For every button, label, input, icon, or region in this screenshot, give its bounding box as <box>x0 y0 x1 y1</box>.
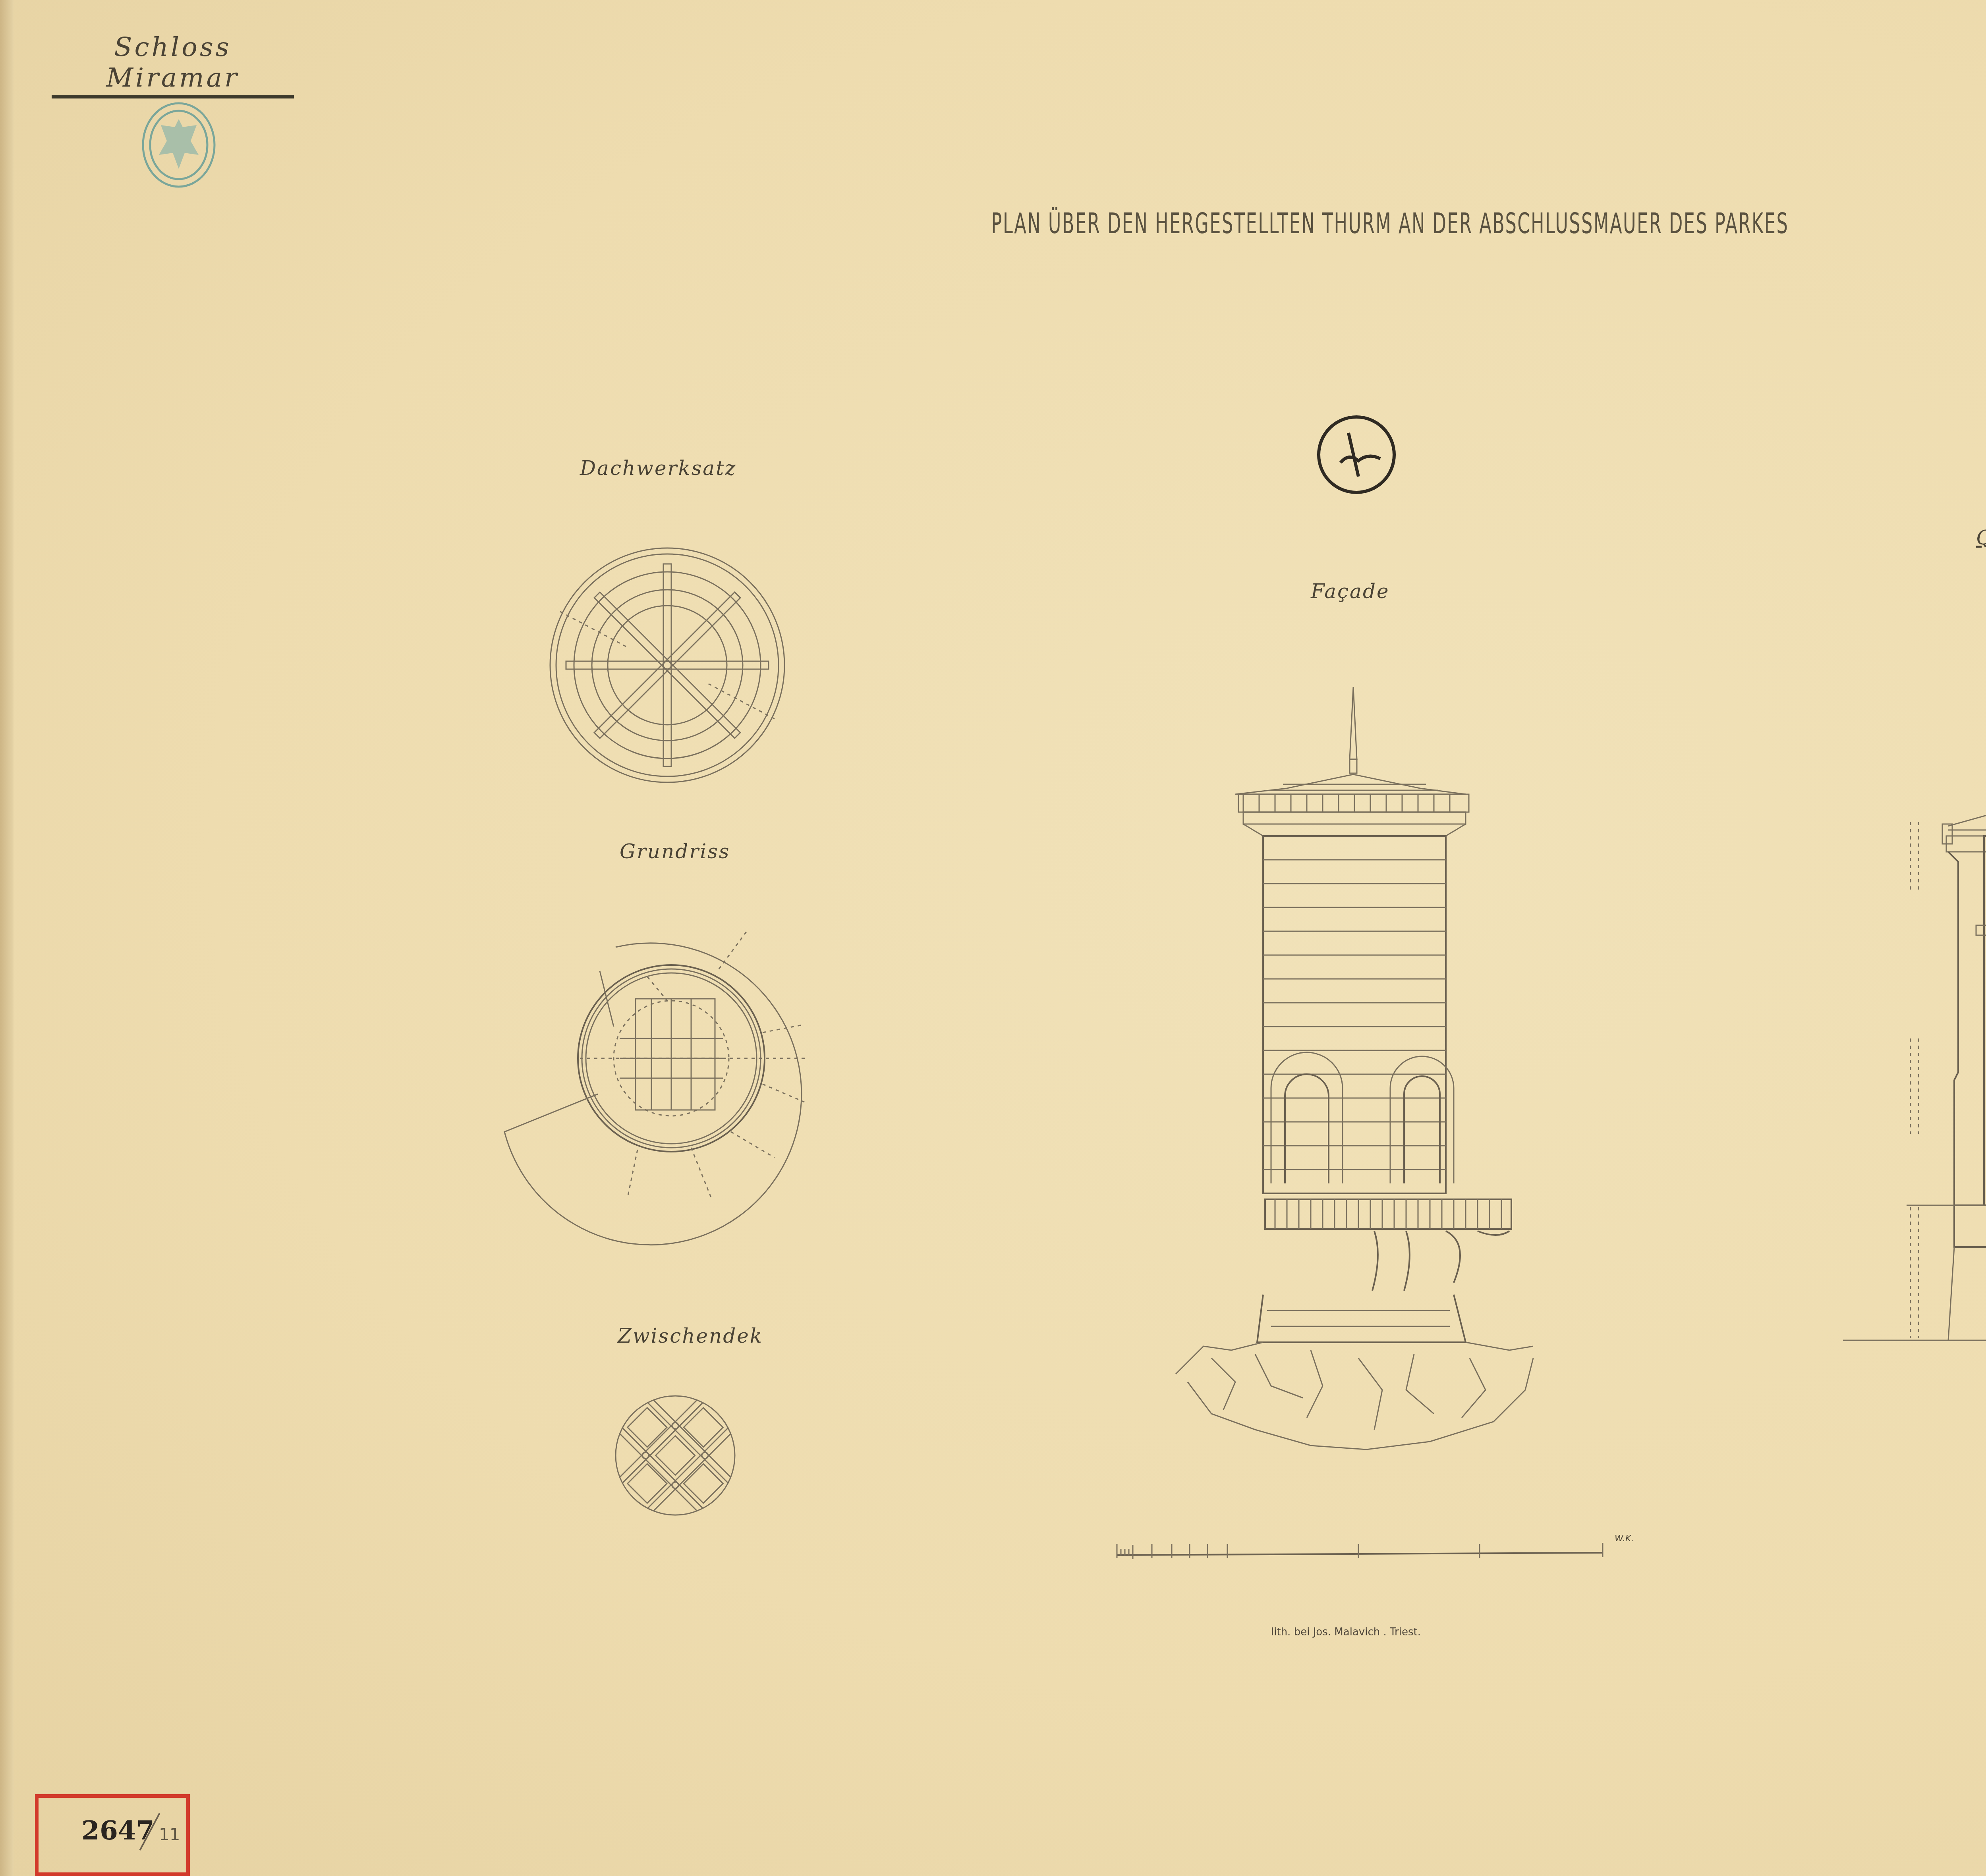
roof-framing-plan <box>550 548 784 782</box>
drawing-sheet: Schloss Miramar № 11. PLAN ÜBER DEN HERG… <box>0 0 1986 1876</box>
architectural-drawings <box>0 0 1986 1876</box>
floor-plan <box>504 931 806 1245</box>
library-trident-stamp-icon <box>1319 417 1394 492</box>
cross-section-drawing <box>1843 691 1986 1340</box>
intermediate-floor-plan <box>563 1343 788 1568</box>
facade-elevation <box>1176 687 1533 1449</box>
scale-bar <box>1117 1543 1603 1559</box>
green-eagle-seal-icon <box>143 103 214 187</box>
